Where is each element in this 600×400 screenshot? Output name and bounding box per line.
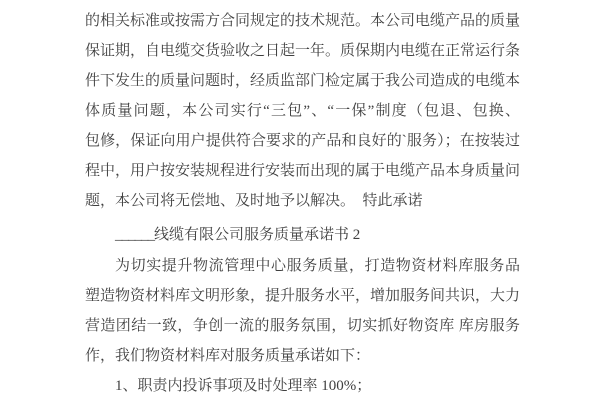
document-page: 的相关标准或按需方合同规定的技术规范。本公司电缆产品的质量 保证期，自电缆交货验… xyxy=(0,0,600,400)
section-heading-text: 线缆有限公司服务质量承诺书 2 xyxy=(154,227,360,243)
text-line: 塑造物资材料库文明形象，提升服务水平，增加服务间共识，大力 xyxy=(85,281,520,311)
text-line: 为切实提升物流管理中心服务质量，打造物资材料库服务品质， xyxy=(85,251,520,281)
text-line: 体质量问题，本公司实行“三包”、“一保”制度（包退、包换、 xyxy=(85,96,520,126)
text-line: 作，我们物资材料库对服务质量承诺如下： xyxy=(85,341,520,371)
text-line: 程中，用户按安装规程进行安装而出现的属于电缆产品本身质量问 xyxy=(85,156,520,186)
text-line: 包修，保证向用户提供符合要求的产品和良好的`服务）；在按装过 xyxy=(85,126,520,156)
section-heading: ______线缆有限公司服务质量承诺书 2 xyxy=(85,220,520,250)
list-item: 1、职责内投诉事项及时处理率 100%； xyxy=(85,371,520,400)
text-line: 的相关标准或按需方合同规定的技术规范。本公司电缆产品的质量 xyxy=(85,6,520,36)
text-line: 题，本公司将无偿地、及时地予以解决。 特此承诺 xyxy=(85,186,520,216)
text-line: 件下发生的质量问题时，经质监部门检定属于我公司造成的电缆本 xyxy=(85,66,520,96)
paragraph-cable-quality: 的相关标准或按需方合同规定的技术规范。本公司电缆产品的质量 保证期，自电缆交货验… xyxy=(85,6,520,216)
text-line: 营造团结一致，争创一流的服务氛围，切实抓好物资库 库房服务工 xyxy=(85,311,520,341)
text-line: 保证期，自电缆交货验收之日起一年。质保期内电缆在正常运行条 xyxy=(85,36,520,66)
blank-underline: ______ xyxy=(115,227,154,243)
paragraph-logistics: 为切实提升物流管理中心服务质量，打造物资材料库服务品质， 塑造物资材料库文明形象… xyxy=(85,251,520,371)
